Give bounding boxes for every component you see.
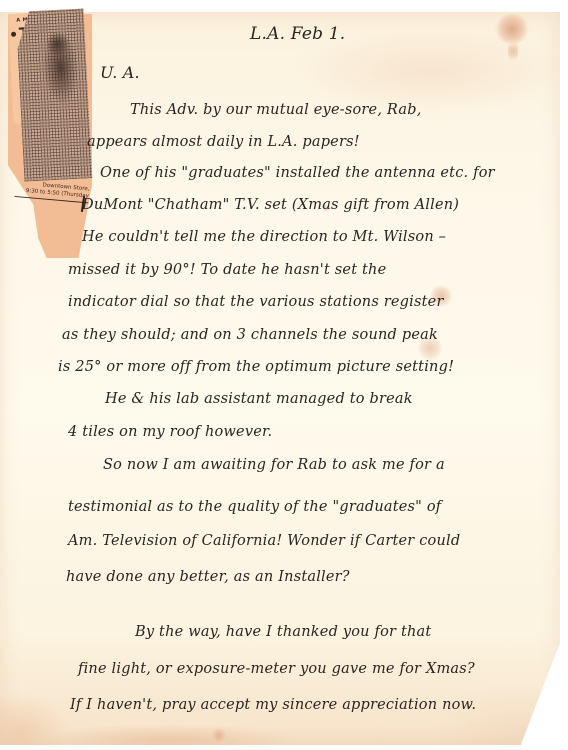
letter-line: fine light, or exposure-meter you gave m… xyxy=(78,662,475,677)
bullet-icon xyxy=(11,32,16,37)
letter-line: testimonial as to the quality of the "gr… xyxy=(68,500,441,515)
letter-line: He couldn't tell me the direction to Mt.… xyxy=(82,230,446,245)
letter-line: have done any better, as an Installer? xyxy=(66,570,350,585)
letter-line: So now I am awaiting for Rab to ask me f… xyxy=(103,458,445,473)
letter-dateline: L.A. Feb 1. xyxy=(250,26,345,43)
letter-line: One of his "graduates" installed the ant… xyxy=(100,166,495,181)
letter-line: He & his lab assistant managed to break xyxy=(105,392,413,407)
letter-line: is 25° or more off from the optimum pict… xyxy=(58,360,454,375)
letter-line: indicator dial so that the various stati… xyxy=(68,295,444,310)
letter-line: By the way, have I thanked you for that xyxy=(135,625,431,640)
letter-line: 4 tiles on my roof however. xyxy=(68,425,272,440)
letter-line: If I haven't, pray accept my sincere app… xyxy=(70,698,476,713)
letter-line: DuMont "Chatham" T.V. set (Xmas gift fro… xyxy=(82,198,459,213)
letter-line: This Adv. by our mutual eye-sore, Rab, xyxy=(130,103,422,118)
newspaper-clipping: A MONTH TE Day Downtown Store, 9:30 to 5… xyxy=(0,0,92,258)
letter-line: Am. Television of California! Wonder if … xyxy=(68,534,460,549)
letter-line: missed it by 90°! To date he hasn't set … xyxy=(68,263,386,278)
clipping-halftone-photo xyxy=(16,8,93,181)
letter-salutation: U. A. xyxy=(100,65,140,81)
letter-line: as they should; and on 3 channels the so… xyxy=(62,328,438,343)
letter-line: appears almost daily in L.A. papers! xyxy=(87,135,360,150)
scanned-letter-page: A MONTH TE Day Downtown Store, 9:30 to 5… xyxy=(0,0,568,750)
